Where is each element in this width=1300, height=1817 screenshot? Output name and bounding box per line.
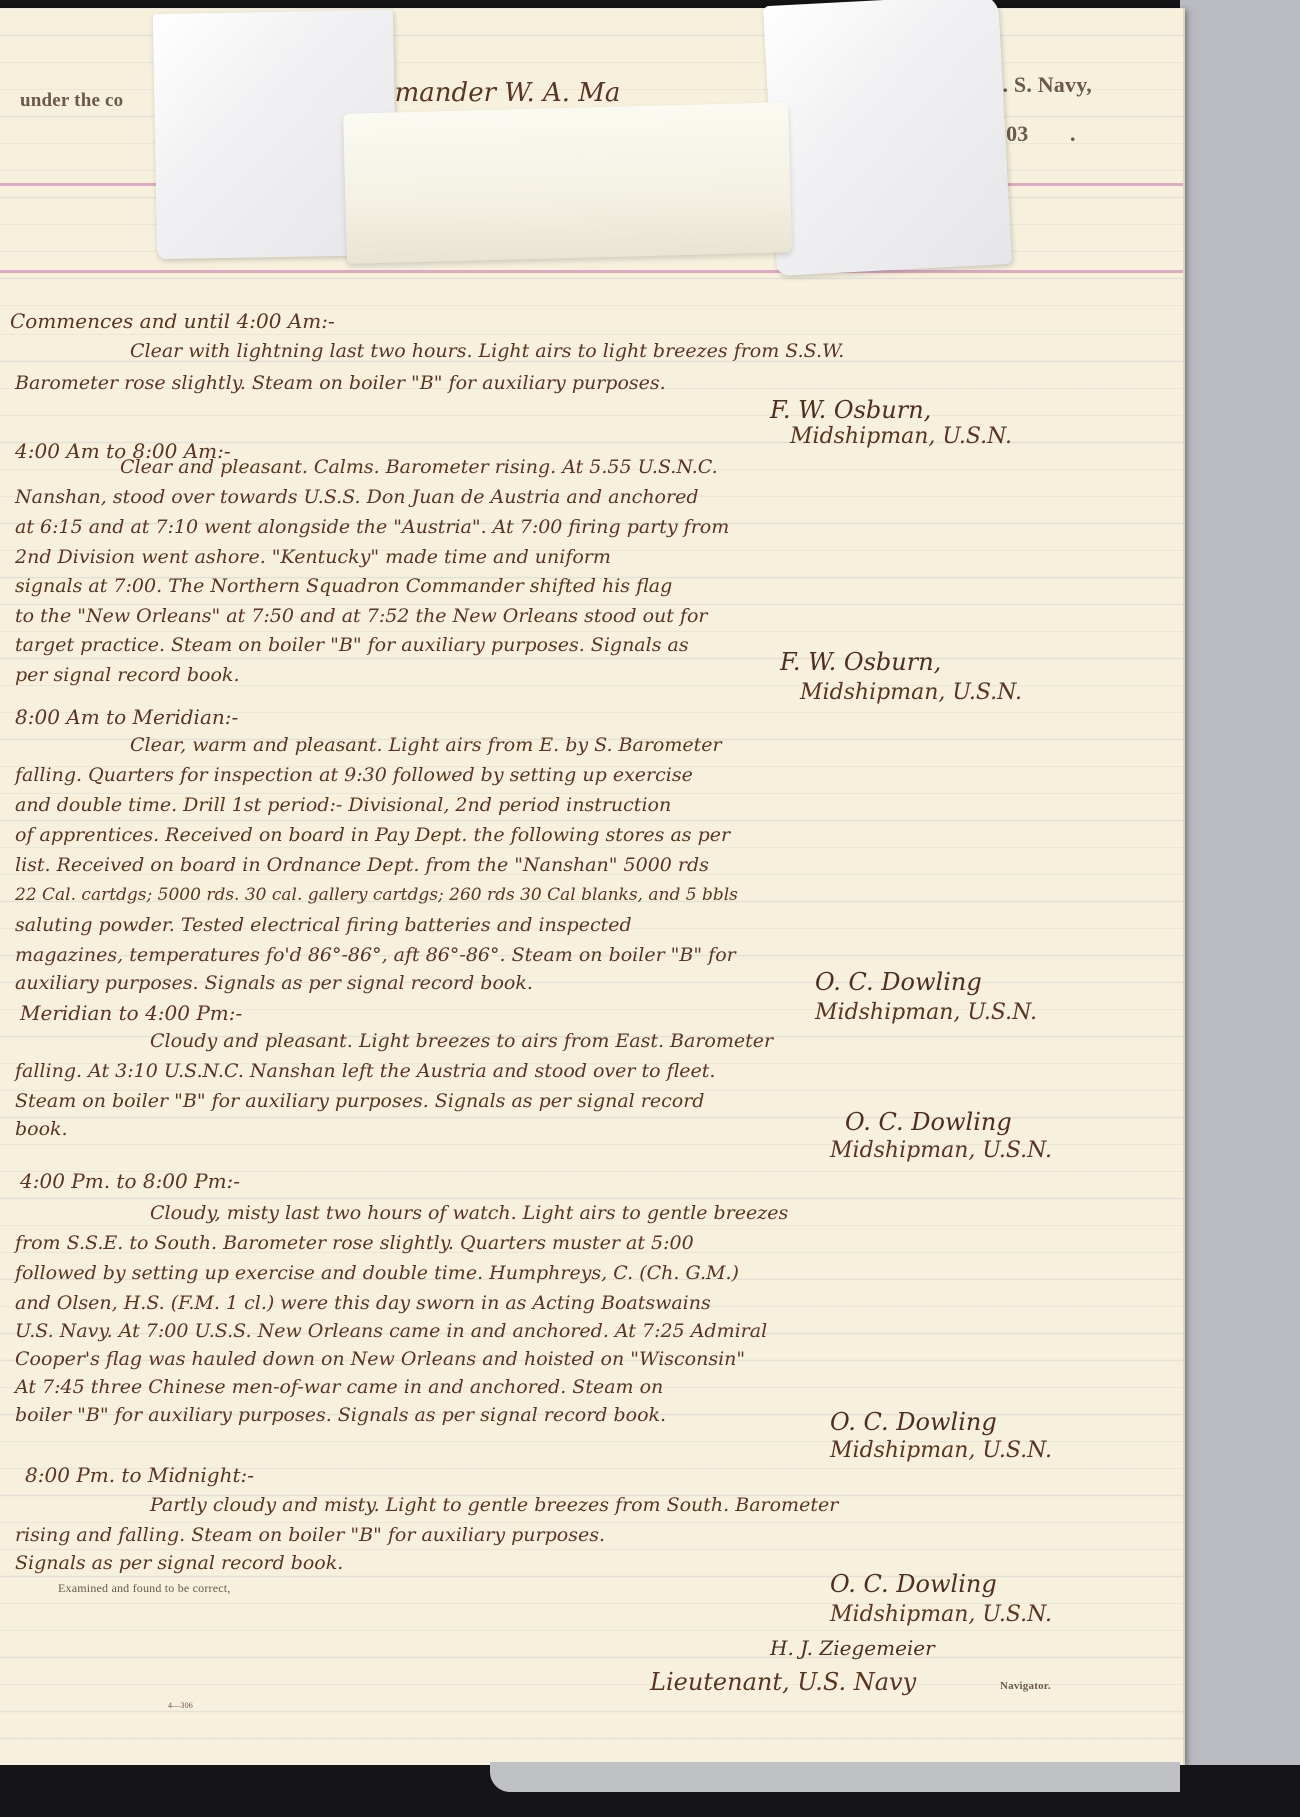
paper-roll-weight <box>343 102 792 264</box>
entry-line: and Olsen, H.S. (F.M. 1 cl.) were this d… <box>15 1290 711 1317</box>
entry-line: signals at 7:00. The Northern Squadron C… <box>15 573 672 600</box>
entry-line: Clear, warm and pleasant. Light airs fro… <box>130 732 722 759</box>
entry-line: Clear and pleasant. Calms. Barometer ris… <box>120 454 718 481</box>
entry-rank: Midshipman, U.S.N. <box>815 1000 1037 1025</box>
entry-line: Cloudy and pleasant. Light breezes to ai… <box>150 1028 773 1055</box>
entry-line: falling. At 3:10 U.S.N.C. Nanshan left t… <box>15 1058 715 1085</box>
header-year-dot: . <box>1070 121 1076 147</box>
page-curl <box>490 1762 1180 1792</box>
header-rule-bottom <box>0 270 1183 273</box>
entry-line: and double time. Drill 1st period:- Divi… <box>15 792 671 819</box>
entry-line: Partly cloudy and misty. Light to gentle… <box>150 1492 838 1519</box>
entry-line: 2nd Division went ashore. "Kentucky" mad… <box>15 544 611 571</box>
entry-rank: Midshipman, U.S.N. <box>830 1602 1052 1627</box>
entry-line: to the "New Orleans" at 7:50 and at 7:52… <box>15 603 707 630</box>
entry-line: target practice. Steam on boiler "B" for… <box>15 632 689 659</box>
entry-heading: Meridian to 4:00 Pm:- <box>20 1000 242 1027</box>
entry-signature: F. W. Osburn, <box>770 396 931 424</box>
entry-line: Cooper's flag was hauled down on New Orl… <box>15 1346 745 1373</box>
entry-line: magazines, temperatures fo'd 86°-86°, af… <box>15 942 736 969</box>
backing-board <box>1180 0 1300 1817</box>
entry-line: Steam on boiler "B" for auxiliary purpos… <box>15 1088 704 1115</box>
entry-rank: Midshipman, U.S.N. <box>830 1438 1052 1463</box>
entry-line: of apprentices. Received on board in Pay… <box>15 822 730 849</box>
entry-line: U.S. Navy. At 7:00 U.S.S. New Orleans ca… <box>15 1318 767 1345</box>
entry-line: book. <box>15 1116 68 1143</box>
entry-line: per signal record book. <box>15 662 239 689</box>
entry-line: saluting powder. Tested electrical firin… <box>15 912 632 939</box>
navigator-rank: Lieutenant, U.S. Navy <box>650 1668 916 1696</box>
cloth-weight-right <box>763 0 1012 276</box>
entry-line: Cloudy, misty last two hours of watch. L… <box>150 1200 788 1227</box>
entry-heading: 8:00 Pm. to Midnight:- <box>25 1462 254 1489</box>
entry-line: Clear with lightning last two hours. Lig… <box>130 338 844 365</box>
entry-rank: Midshipman, U.S.N. <box>830 1138 1052 1163</box>
entry-heading: 8:00 Am to Meridian:- <box>15 704 238 731</box>
form-number: 4—306 <box>168 1701 193 1710</box>
header-commander-handwritten: mmander W. A. Ma <box>370 76 620 110</box>
entry-line: At 7:45 three Chinese men-of-war came in… <box>15 1374 663 1401</box>
entry-signature: O. C. Dowling <box>830 1408 997 1436</box>
entry-signature: O. C. Dowling <box>830 1570 997 1598</box>
entry-line: Barometer rose slightly. Steam on boiler… <box>15 370 666 397</box>
entry-line: from S.S.E. to South. Barometer rose sli… <box>15 1230 694 1257</box>
entry-line: 22 Cal. cartdgs; 5000 rds. 30 cal. galle… <box>15 882 738 909</box>
entry-line: followed by setting up exercise and doub… <box>15 1260 739 1287</box>
entry-line: auxiliary purposes. Signals as per signa… <box>15 970 533 997</box>
log-page: under the co mmander W. A. Ma , U. S. Na… <box>0 8 1185 1765</box>
entry-signature: O. C. Dowling <box>815 968 982 996</box>
navigator-signature: H. J. Ziegemeier <box>770 1636 935 1660</box>
entry-line: at 6:15 and at 7:10 went alongside the "… <box>15 514 729 541</box>
entry-line: rising and falling. Steam on boiler "B" … <box>15 1522 605 1549</box>
navigator-printed: Navigator. <box>1000 1680 1051 1692</box>
entry-line: Nanshan, stood over towards U.S.S. Don J… <box>15 484 699 511</box>
entry-rank: Midshipman, U.S.N. <box>790 424 1012 449</box>
entry-line: boiler "B" for auxiliary purposes. Signa… <box>15 1402 666 1429</box>
entry-line: list. Received on board in Ordnance Dept… <box>15 852 709 879</box>
entry-heading: Commences and until 4:00 Am:- <box>10 308 335 335</box>
entry-signature: O. C. Dowling <box>845 1108 1012 1136</box>
entry-rank: Midshipman, U.S.N. <box>800 680 1022 705</box>
entry-signature: F. W. Osburn, <box>780 648 941 676</box>
examined-label: Examined and found to be correct, <box>58 1581 231 1596</box>
entry-line: Signals as per signal record book. <box>15 1550 343 1577</box>
entry-heading: 4:00 Pm. to 8:00 Pm:- <box>20 1168 240 1195</box>
entry-line: falling. Quarters for inspection at 9:30… <box>15 762 693 789</box>
header-printed-left: under the co <box>20 90 123 112</box>
